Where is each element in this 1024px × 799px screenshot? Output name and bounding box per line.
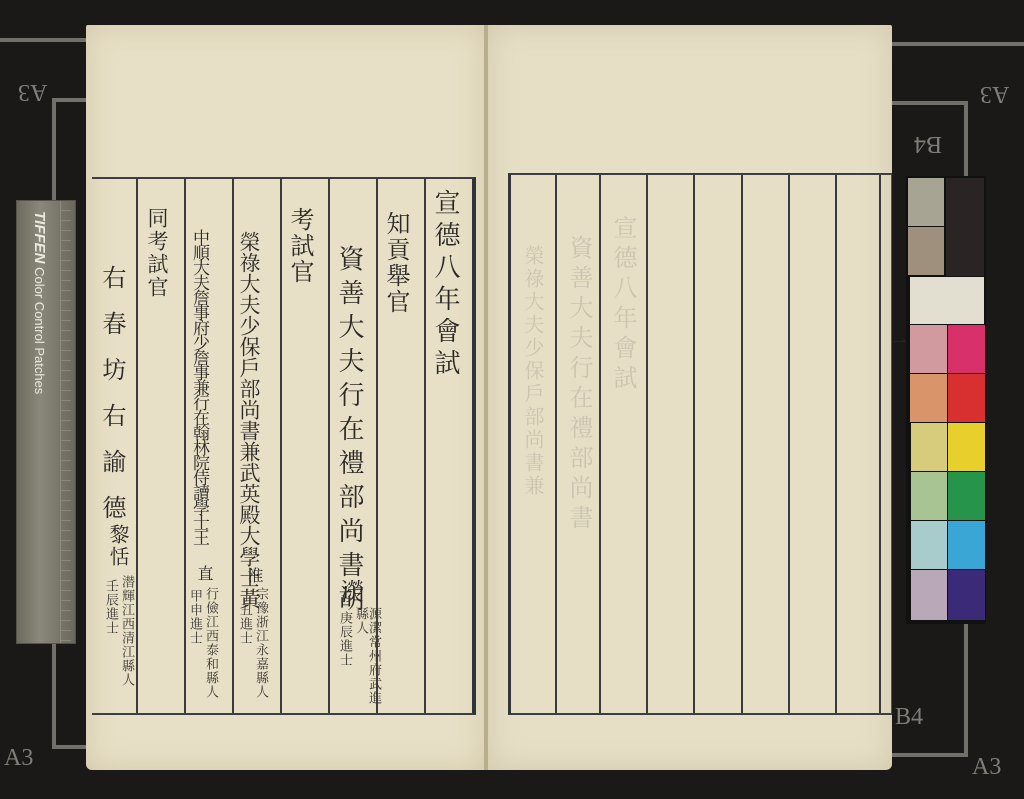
official-wang-title: 中順大夫詹事府少詹事兼行在翰林院侍讀學士王	[190, 229, 207, 544]
patch-purple	[948, 570, 985, 620]
size-label-b4-lower: B4	[895, 704, 923, 731]
guide-line-top	[0, 38, 86, 42]
size-label-a3-top-left: A3	[18, 78, 47, 105]
column-rule	[788, 175, 790, 713]
column-rule	[835, 175, 837, 713]
column-rule	[555, 175, 557, 713]
right-page-text-frame: 宣德八年會試 資善大夫行在禮部尚書 榮祿大夫少保戶部尚書兼 一	[508, 173, 892, 715]
official-huang-degree: 丁丑進士	[238, 589, 251, 645]
official-li-degree: 壬辰進士	[104, 579, 117, 635]
column-rule	[599, 175, 601, 713]
official-huang-title: 榮祿大夫少保戶部尚書兼武英殿大學士黃	[238, 231, 259, 609]
tiffen-brand: TIFFEN	[31, 211, 48, 264]
left-page: 宣德八年會試 知貢舉官 資善大夫行在禮部尚書胡 濙 源潔常州府武進縣人 庚辰進士…	[86, 25, 484, 770]
patch-cyan	[948, 521, 985, 569]
column-rule	[136, 179, 138, 713]
patch-gray-light	[908, 178, 944, 226]
official-wang-degree: 甲申進士	[188, 589, 201, 645]
patch-orange-light	[910, 374, 947, 422]
right-page: 宣德八年會試 資善大夫行在禮部尚書 榮祿大夫少保戶部尚書兼 一	[488, 25, 892, 770]
bleed-through-text: 榮祿大夫少保戶部尚書兼	[523, 245, 543, 498]
patch-yellow-light	[911, 423, 947, 471]
patch-gray-mid	[908, 227, 944, 275]
official-huang-name: 淮	[246, 567, 262, 585]
patch-green-light	[911, 472, 947, 520]
color-calibration-chart	[906, 176, 986, 624]
official-li-name: 黎恬	[108, 524, 128, 568]
official-hu-origin: 源潔常州府武進縣人	[354, 607, 380, 713]
patch-green	[948, 472, 985, 520]
patch-magenta	[948, 325, 985, 373]
guide-box-left-top	[52, 98, 86, 102]
column-rule	[646, 175, 648, 713]
official-wang-name: 直	[196, 565, 212, 583]
tiffen-color-control-strip: TIFFEN Color Control Patches	[16, 200, 76, 644]
patch-purple-light	[911, 570, 947, 620]
ruler-scale	[60, 201, 71, 643]
heading-chief-examiner: 知貢舉官	[384, 211, 408, 315]
patch-white	[910, 277, 984, 324]
column-rule	[424, 179, 426, 713]
left-page-text-frame: 宣德八年會試 知貢舉官 資善大夫行在禮部尚書胡 濙 源潔常州府武進縣人 庚辰進士…	[92, 177, 476, 715]
patch-cyan-light	[911, 521, 947, 569]
size-label-a3-bottom-left: A3	[4, 745, 33, 772]
column-rule	[693, 175, 695, 713]
size-label-a3-top-right: A3	[980, 80, 1009, 107]
column-rule	[184, 179, 186, 713]
official-wang-origin: 行儉江西泰和縣人	[204, 587, 217, 699]
official-huang-origin: 宗豫浙江永嘉縣人	[254, 587, 267, 699]
column-rule	[741, 175, 743, 713]
margin-mark: 一	[891, 335, 904, 349]
patch-black	[946, 178, 984, 276]
document-title: 宣德八年會試	[432, 189, 458, 381]
official-hu-name: 濙	[338, 579, 362, 605]
guide-box-right-top	[892, 101, 968, 105]
official-hu-title: 資善大夫行在禮部尚書胡	[336, 245, 362, 619]
guide-line-top-right	[892, 42, 1024, 46]
heading-examiners: 考試官	[288, 207, 312, 285]
tiffen-label: TIFFEN Color Control Patches	[31, 211, 48, 394]
tiffen-title: Color Control Patches	[32, 267, 47, 394]
column-rule	[232, 179, 234, 713]
size-label-b4-upper: B4	[914, 130, 942, 157]
official-hu-degree: 庚辰進士	[338, 611, 351, 667]
patch-pink-light	[910, 325, 947, 373]
patch-red	[948, 374, 985, 422]
column-rule	[328, 179, 330, 713]
column-rule	[879, 175, 881, 713]
bleed-through-text: 宣德八年會試	[611, 215, 635, 395]
official-li-origin: 潜輝江西清江縣人	[120, 575, 133, 687]
patch-yellow	[948, 423, 985, 471]
guide-box-left-bottom	[52, 745, 86, 749]
column-rule	[280, 179, 282, 713]
heading-associate-examiners: 同考試官	[146, 207, 167, 299]
bleed-through-text: 資善大夫行在禮部尚書	[567, 235, 591, 535]
official-li-title: 右春坊右諭德	[100, 265, 124, 541]
guide-box-right-bottom	[892, 753, 968, 757]
size-label-a3-bottom-right: A3	[972, 754, 1001, 781]
